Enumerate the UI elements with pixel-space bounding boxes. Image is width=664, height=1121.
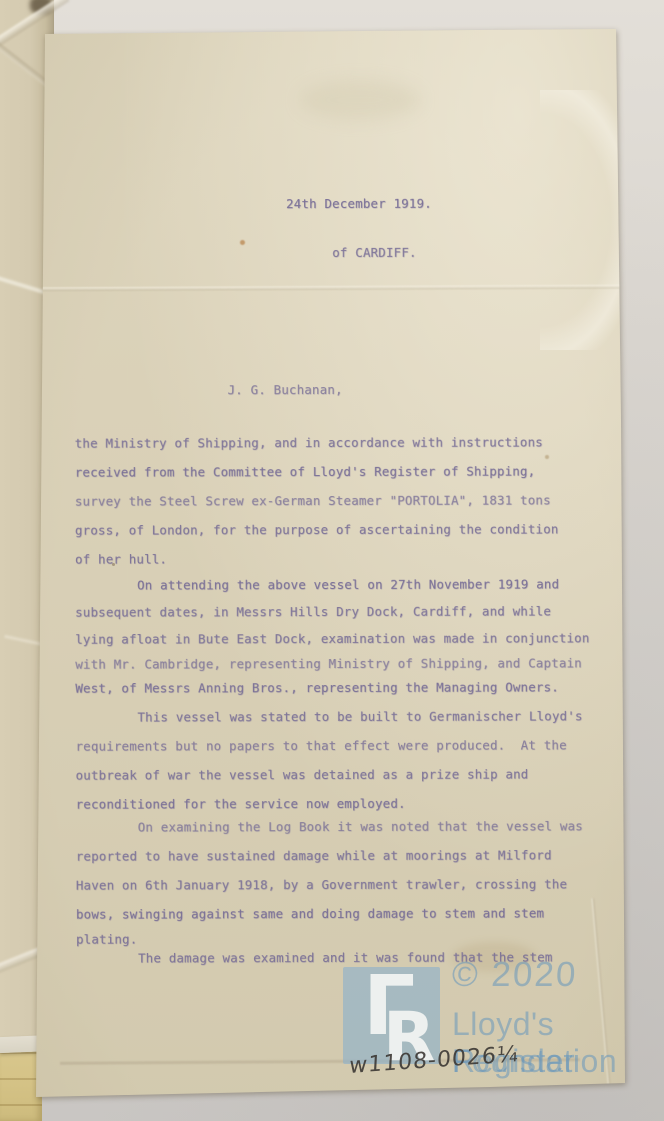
body-line: gross, of London, for the purpose of asc…	[75, 521, 559, 538]
body-line: subsequent dates, in Messrs Hills Dry Do…	[75, 603, 551, 620]
body-line: received from the Committee of Lloyd's R…	[75, 463, 536, 480]
document-page: 24th December 1919.of CARDIFF.J. G. Buch…	[0, 0, 664, 1121]
typewritten-text-layer: 24th December 1919.of CARDIFF.J. G. Buch…	[0, 0, 664, 1121]
body-line: bows, swinging against same and doing da…	[76, 905, 544, 922]
body-line: lying afloat in Bute East Dock, examinat…	[75, 630, 589, 647]
body-line: outbreak of war the vessel was detained …	[76, 766, 529, 783]
scanned-document-photo: { "document": { "kind": "typewritten sur…	[0, 0, 664, 1121]
date-line: 24th December 1919.	[286, 196, 432, 212]
body-line: survey the Steel Screw ex-German Steamer…	[75, 492, 551, 509]
body-line: with Mr. Cambridge, representing Ministr…	[75, 655, 582, 672]
body-line: the Ministry of Shipping, and in accorda…	[75, 434, 543, 451]
body-line: The damage was examined and it was found…	[138, 949, 553, 966]
addressee-line: J. G. Buchanan,	[228, 382, 343, 398]
document-page-wrapper: 24th December 1919.of CARDIFF.J. G. Buch…	[0, 0, 664, 1121]
place-line: of CARDIFF.	[332, 245, 416, 261]
body-line: plating.	[76, 932, 137, 948]
body-line: On examining the Log Book it was noted t…	[138, 818, 583, 835]
body-line: reported to have sustained damage while …	[76, 847, 552, 864]
body-line: West, of Messrs Anning Bros., representi…	[75, 679, 559, 696]
body-line: On attending the above vessel on 27th No…	[137, 576, 559, 593]
body-line: requirements but no papers to that effec…	[75, 737, 566, 754]
body-line: of her hull.	[75, 551, 167, 567]
body-line: This vessel was stated to be built to Ge…	[137, 708, 582, 725]
body-line: Haven on 6th January 1918, by a Governme…	[76, 876, 567, 893]
body-line: reconditioned for the service now employ…	[76, 796, 406, 813]
